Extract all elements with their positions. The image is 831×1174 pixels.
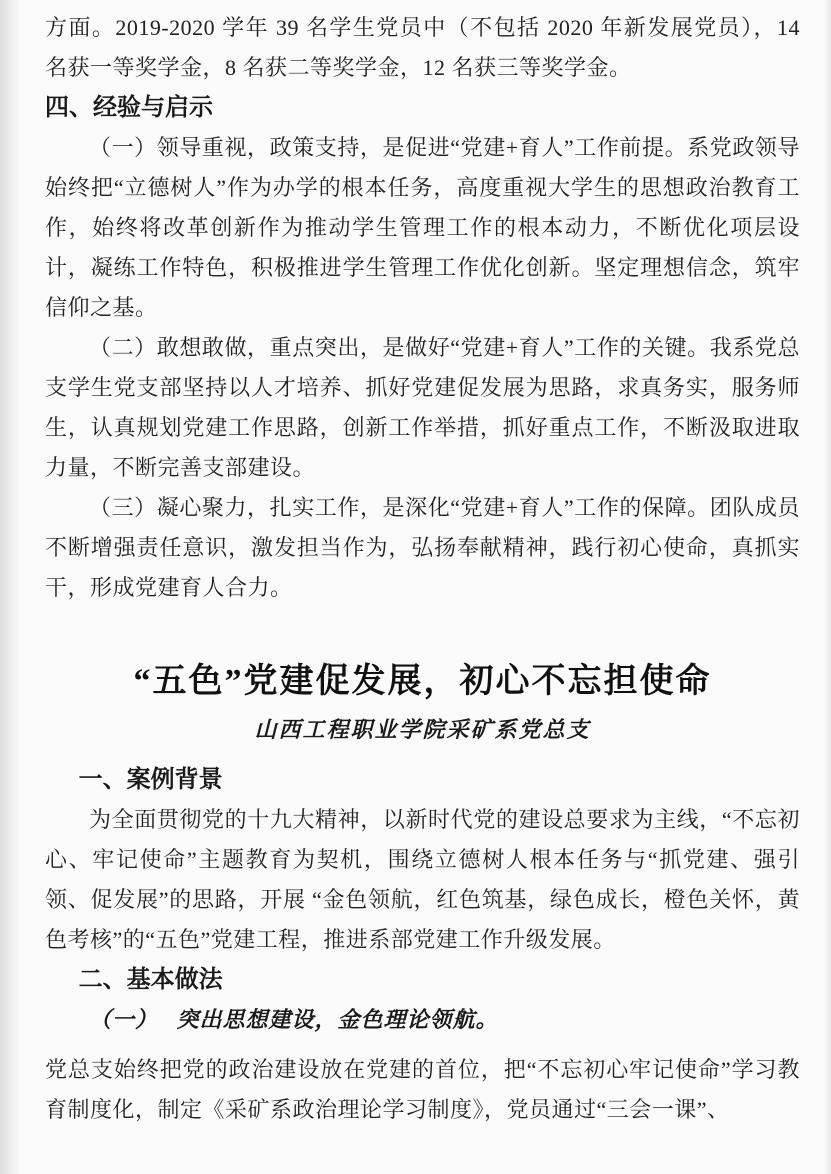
subheading-method-1: （一） 突出思想建设，金色理论领航。 [45,1000,800,1040]
case-subtitle-organization: 山西工程职业学院采矿系党总支 [45,712,800,748]
paragraph-scholarship-stats: 方面。2019-2020 学年 39 名学生党员中（不包括 2020 年新发展党… [45,8,800,88]
document-page: 方面。2019-2020 学年 39 名学生党员中（不包括 2020 年新发展党… [0,0,831,1174]
paragraph-experience-2: （二）敢想敢做，重点突出，是做好“党建+育人”工作的关键。我系党总支学生党支部坚… [45,328,800,488]
case-title: “五色”党建促发展，初心不忘担使命 [45,658,800,706]
scan-edge-shadow-right [823,0,831,1174]
heading-experience-insights: 四、经验与启示 [45,88,800,128]
paragraph-method-1: 党总支始终把党的政治建设放在党建的首位，把“不忘初心牢记使命”学习教育制度化，制… [45,1050,800,1130]
paragraph-case-background: 为全面贯彻党的十九大精神，以新时代党的建设总要求为主线，“不忘初心、牢记使命”主… [45,800,800,960]
scan-edge-shadow-left [0,0,22,1174]
heading-case-background: 一、案例背景 [45,760,800,800]
paragraph-experience-1: （一）领导重视，政策支持，是促进“党建+育人”工作前提。系党政领导始终把“立德树… [45,128,800,328]
heading-basic-methods: 二、基本做法 [45,960,800,1000]
paragraph-experience-3: （三）凝心聚力，扎实工作，是深化“党建+育人”工作的保障。团队成员不断增强责任意… [45,488,800,608]
